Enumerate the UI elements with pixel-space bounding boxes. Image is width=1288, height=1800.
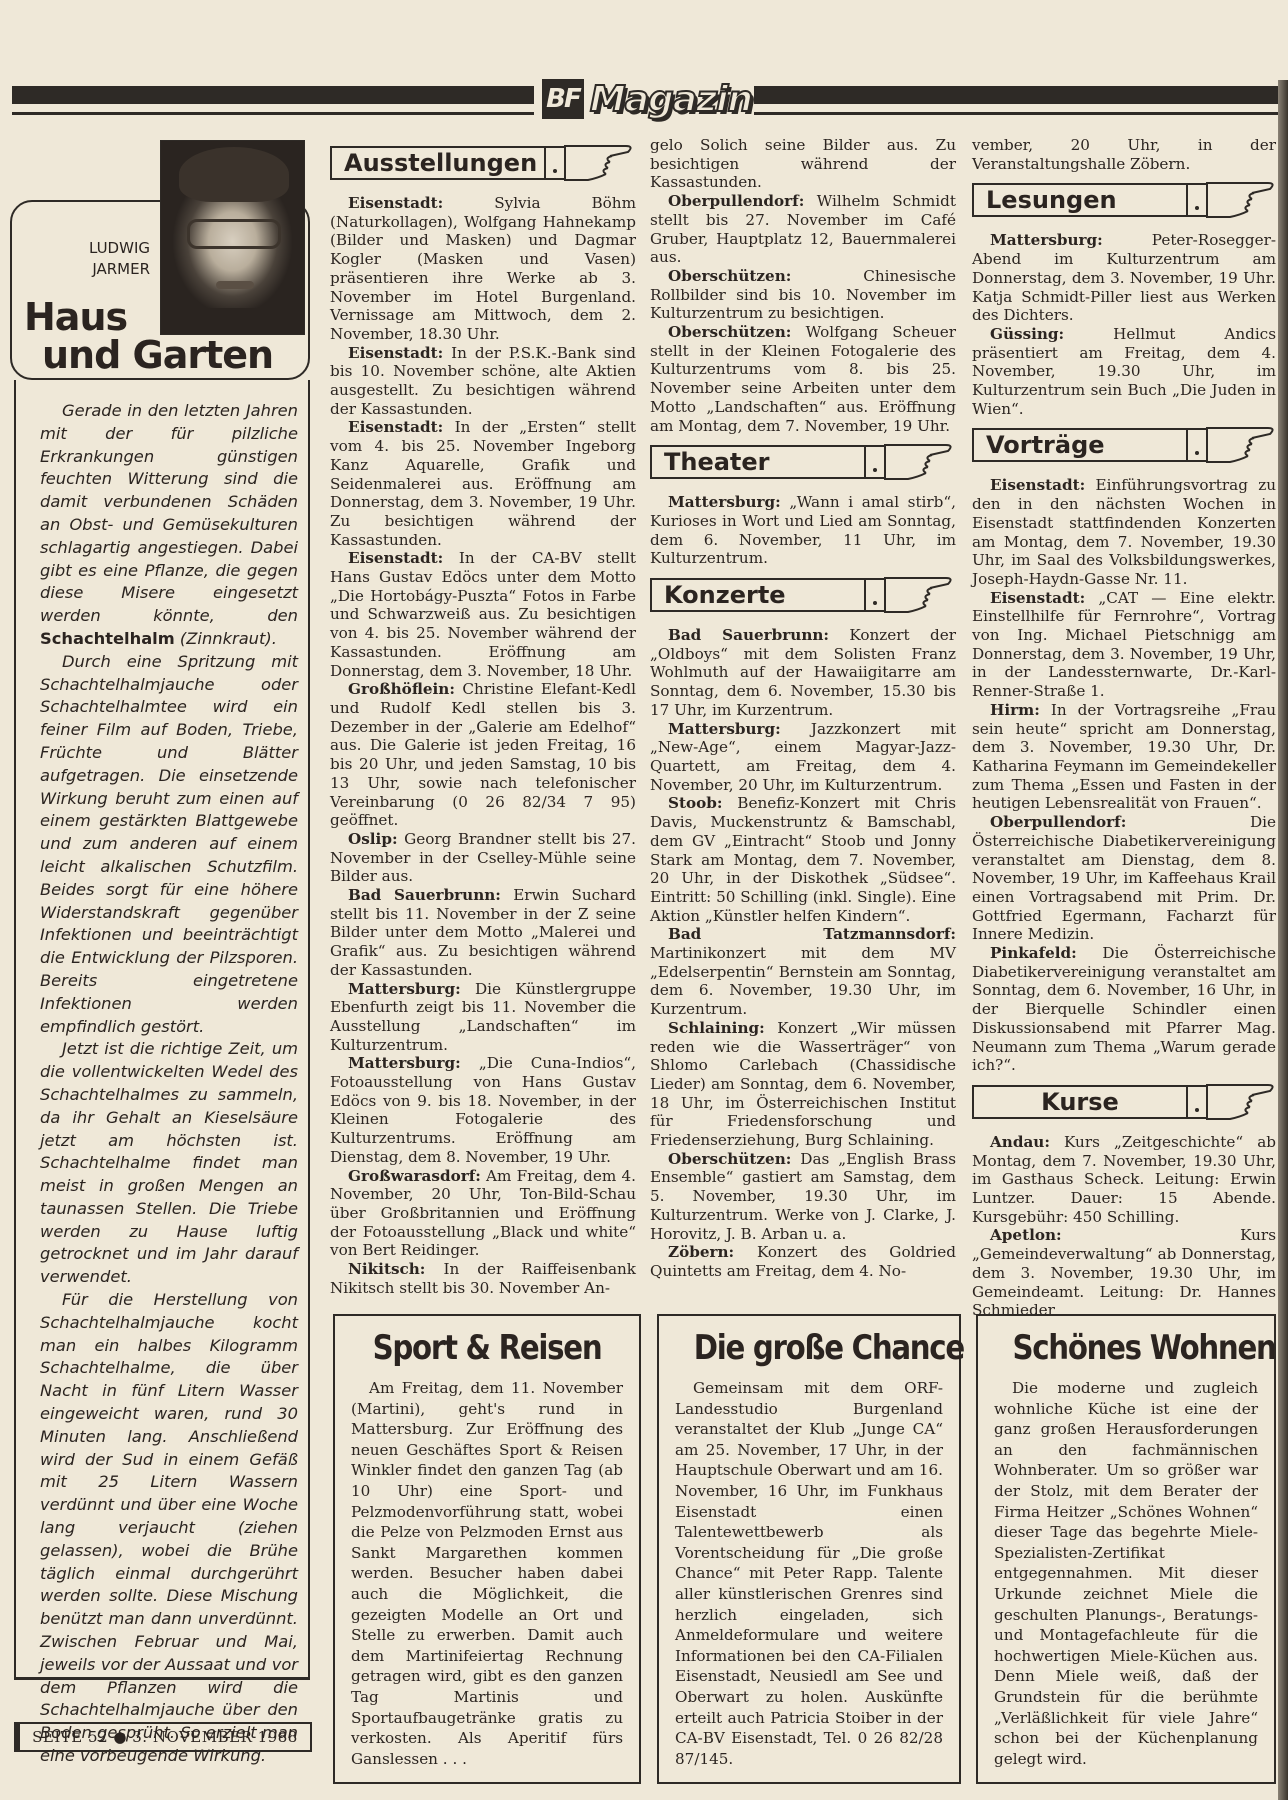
pointing-hand-icon (884, 443, 954, 483)
event-item: Eisenstadt: Einführungsvortrag zu den in… (972, 476, 1276, 588)
masthead-rule-right (754, 86, 1278, 104)
ad-grosse-chance: Die große Chance Gemeinsam mit dem ORF-L… (657, 1314, 961, 1784)
article-paragraph: Durch eine Spritzung mit Schachtelhalmja… (40, 651, 298, 1039)
events-column-3: gelo Solich seine Bilder aus. Zu besicht… (650, 136, 956, 1281)
page-footer: SEITE 52 ● 3. NOVEMBER 1988 (14, 1722, 312, 1752)
cuff-icon (864, 445, 886, 479)
event-item: Mattersburg: Peter-Rosegger-Abend im Kul… (972, 231, 1276, 325)
bf-logo-box: BF (542, 79, 584, 119)
cuff-icon (1186, 1085, 1208, 1119)
pointing-hand-icon (1206, 426, 1276, 466)
section-header-konzerte: Konzerte (650, 576, 956, 616)
ad-text: Die moderne und zugleich wohnliche Küche… (994, 1378, 1258, 1769)
haus-garten-article: Gerade in den letzten Jahren mit der für… (14, 380, 310, 1680)
section-header-lesungen: Lesungen (972, 181, 1276, 221)
event-item: Apetlon: Kurs „Gemeindeverwaltung“ ab Do… (972, 1226, 1276, 1320)
ad-sport-reisen: Sport & Reisen Am Freitag, dem 11. Novem… (333, 1314, 641, 1784)
event-item: Mattersburg: „Wann i amal stirb“, Kurios… (650, 493, 956, 568)
pointing-hand-icon (564, 144, 634, 184)
ad-title: Die große Chance (694, 1324, 924, 1372)
cuff-icon (864, 578, 886, 612)
column-title: Haus und Garten (24, 298, 304, 374)
event-item: Mattersburg: Jazzkonzert mit „New-Age“, … (650, 720, 956, 795)
events-column-2: Ausstellungen Eisenstadt: Sylvia Böhm (N… (330, 144, 636, 1297)
event-item: Oberschützen: Chinesische Rollbilder sin… (650, 267, 956, 323)
masthead-rule-left (12, 86, 534, 104)
event-item: Bad Tatzmannsdorf: Martinikonzert mit de… (650, 925, 956, 1019)
ad-title: Schönes Wohnen (1012, 1324, 1239, 1372)
ad-text: Am Freitag, dem 11. November (Martini), … (351, 1378, 623, 1769)
event-item: Schlaining: Konzert „Wir müssen reden wi… (650, 1019, 956, 1150)
event-item: Bad Sauerbrunn: Erwin Suchard stellt bis… (330, 886, 636, 980)
pointing-hand-icon (1206, 181, 1276, 221)
article-paragraph: Für die Herstellung von Schachtelhalmjau… (40, 1289, 298, 1768)
newspaper-page: BF Magazin LUDWIG JARMER Haus und Garten… (0, 0, 1288, 1800)
events-column-4: vember, 20 Uhr, in der Veranstaltungshal… (972, 136, 1276, 1320)
ausstellungen-list: Eisenstadt: Sylvia Böhm (Naturkollagen),… (330, 194, 636, 1297)
cuff-icon (1186, 183, 1208, 217)
section-header-kurse: Kurse (972, 1083, 1276, 1123)
event-item: Mattersburg: Die Künstlergruppe Ebenfurt… (330, 980, 636, 1055)
event-item: Eisenstadt: In der CA-BV stellt Hans Gus… (330, 549, 636, 680)
page-gutter-edge (1278, 80, 1288, 1800)
event-item: Zöbern: Konzert des Goldried Quintetts a… (650, 1243, 956, 1280)
event-item: Nikitsch: In der Raiffeisenbank Nikitsch… (330, 1260, 636, 1297)
masthead: BF Magazin (12, 82, 1278, 122)
event-item: Andau: Kurs „Zeitgeschichte“ ab Montag, … (972, 1133, 1276, 1227)
author-name: LUDWIG JARMER (60, 238, 150, 280)
cuff-icon (544, 146, 566, 180)
cuff-icon (1186, 428, 1208, 462)
event-item: Mattersburg: „Die Cuna-Indios“, Fotoauss… (330, 1054, 636, 1166)
article-paragraph: Gerade in den letzten Jahren mit der für… (40, 400, 298, 651)
event-item: Eisenstadt: Sylvia Böhm (Naturkollagen),… (330, 194, 636, 344)
event-item: Hirm: In der Vortragsreihe „Frau sein he… (972, 701, 1276, 813)
section-header-theater: Theater (650, 443, 956, 483)
event-item: Oberpullendorf: Die Österreichische Diab… (972, 813, 1276, 944)
ad-schoenes-wohnen: Schönes Wohnen Die moderne und zugleich … (976, 1314, 1276, 1784)
masthead-thin-rule-left (12, 112, 534, 115)
event-item: Eisenstadt: „CAT — Eine elektr. Einstell… (972, 589, 1276, 701)
magazin-wordmark: Magazin (590, 79, 752, 120)
event-item: Oberschützen: Wolfgang Scheuer stellt in… (650, 323, 956, 435)
event-item: Bad Sauerbrunn: Konzert der „Oldboys“ mi… (650, 626, 956, 720)
event-item: Stoob: Benefiz-Konzert mit Chris Davis, … (650, 794, 956, 925)
event-item: Großhöflein: Christine Elefant-Kedl und … (330, 680, 636, 830)
pointing-hand-icon (1206, 1083, 1276, 1123)
ad-text: Gemeinsam mit dem ORF-Landesstudio Burge… (675, 1378, 943, 1769)
event-continuation: vember, 20 Uhr, in der Veranstaltungshal… (972, 136, 1276, 173)
event-item: Oslip: Georg Brandner stellt bis 27. Nov… (330, 830, 636, 886)
article-paragraph: Jetzt ist die richtige Zeit, um die voll… (40, 1038, 298, 1289)
section-header-ausstellungen: Ausstellungen (330, 144, 636, 184)
event-item: Großwarasdorf: Am Freitag, dem 4. Novemb… (330, 1167, 636, 1261)
masthead-thin-rule-right (754, 112, 1278, 115)
event-item: Oberschützen: Das „English Brass Ensembl… (650, 1150, 956, 1244)
pointing-hand-icon (884, 576, 954, 616)
event-item: Eisenstadt: In der „Ersten“ stellt vom 4… (330, 418, 636, 549)
event-item: Pinkafeld: Die Österreichische Diabetike… (972, 944, 1276, 1075)
event-item: Oberpullendorf: Wilhelm Schmidt stellt b… (650, 192, 956, 267)
event-item: Güssing: Hellmut Andics präsentiert am F… (972, 325, 1276, 419)
event-continuation: gelo Solich seine Bilder aus. Zu besicht… (650, 136, 956, 192)
event-item: Eisenstadt: In der P.S.K.-Bank sind bis … (330, 344, 636, 419)
section-header-vortraege: Vorträge (972, 426, 1276, 466)
ad-title: Sport & Reisen (370, 1324, 604, 1372)
bf-magazin-logo: BF Magazin (542, 74, 752, 124)
